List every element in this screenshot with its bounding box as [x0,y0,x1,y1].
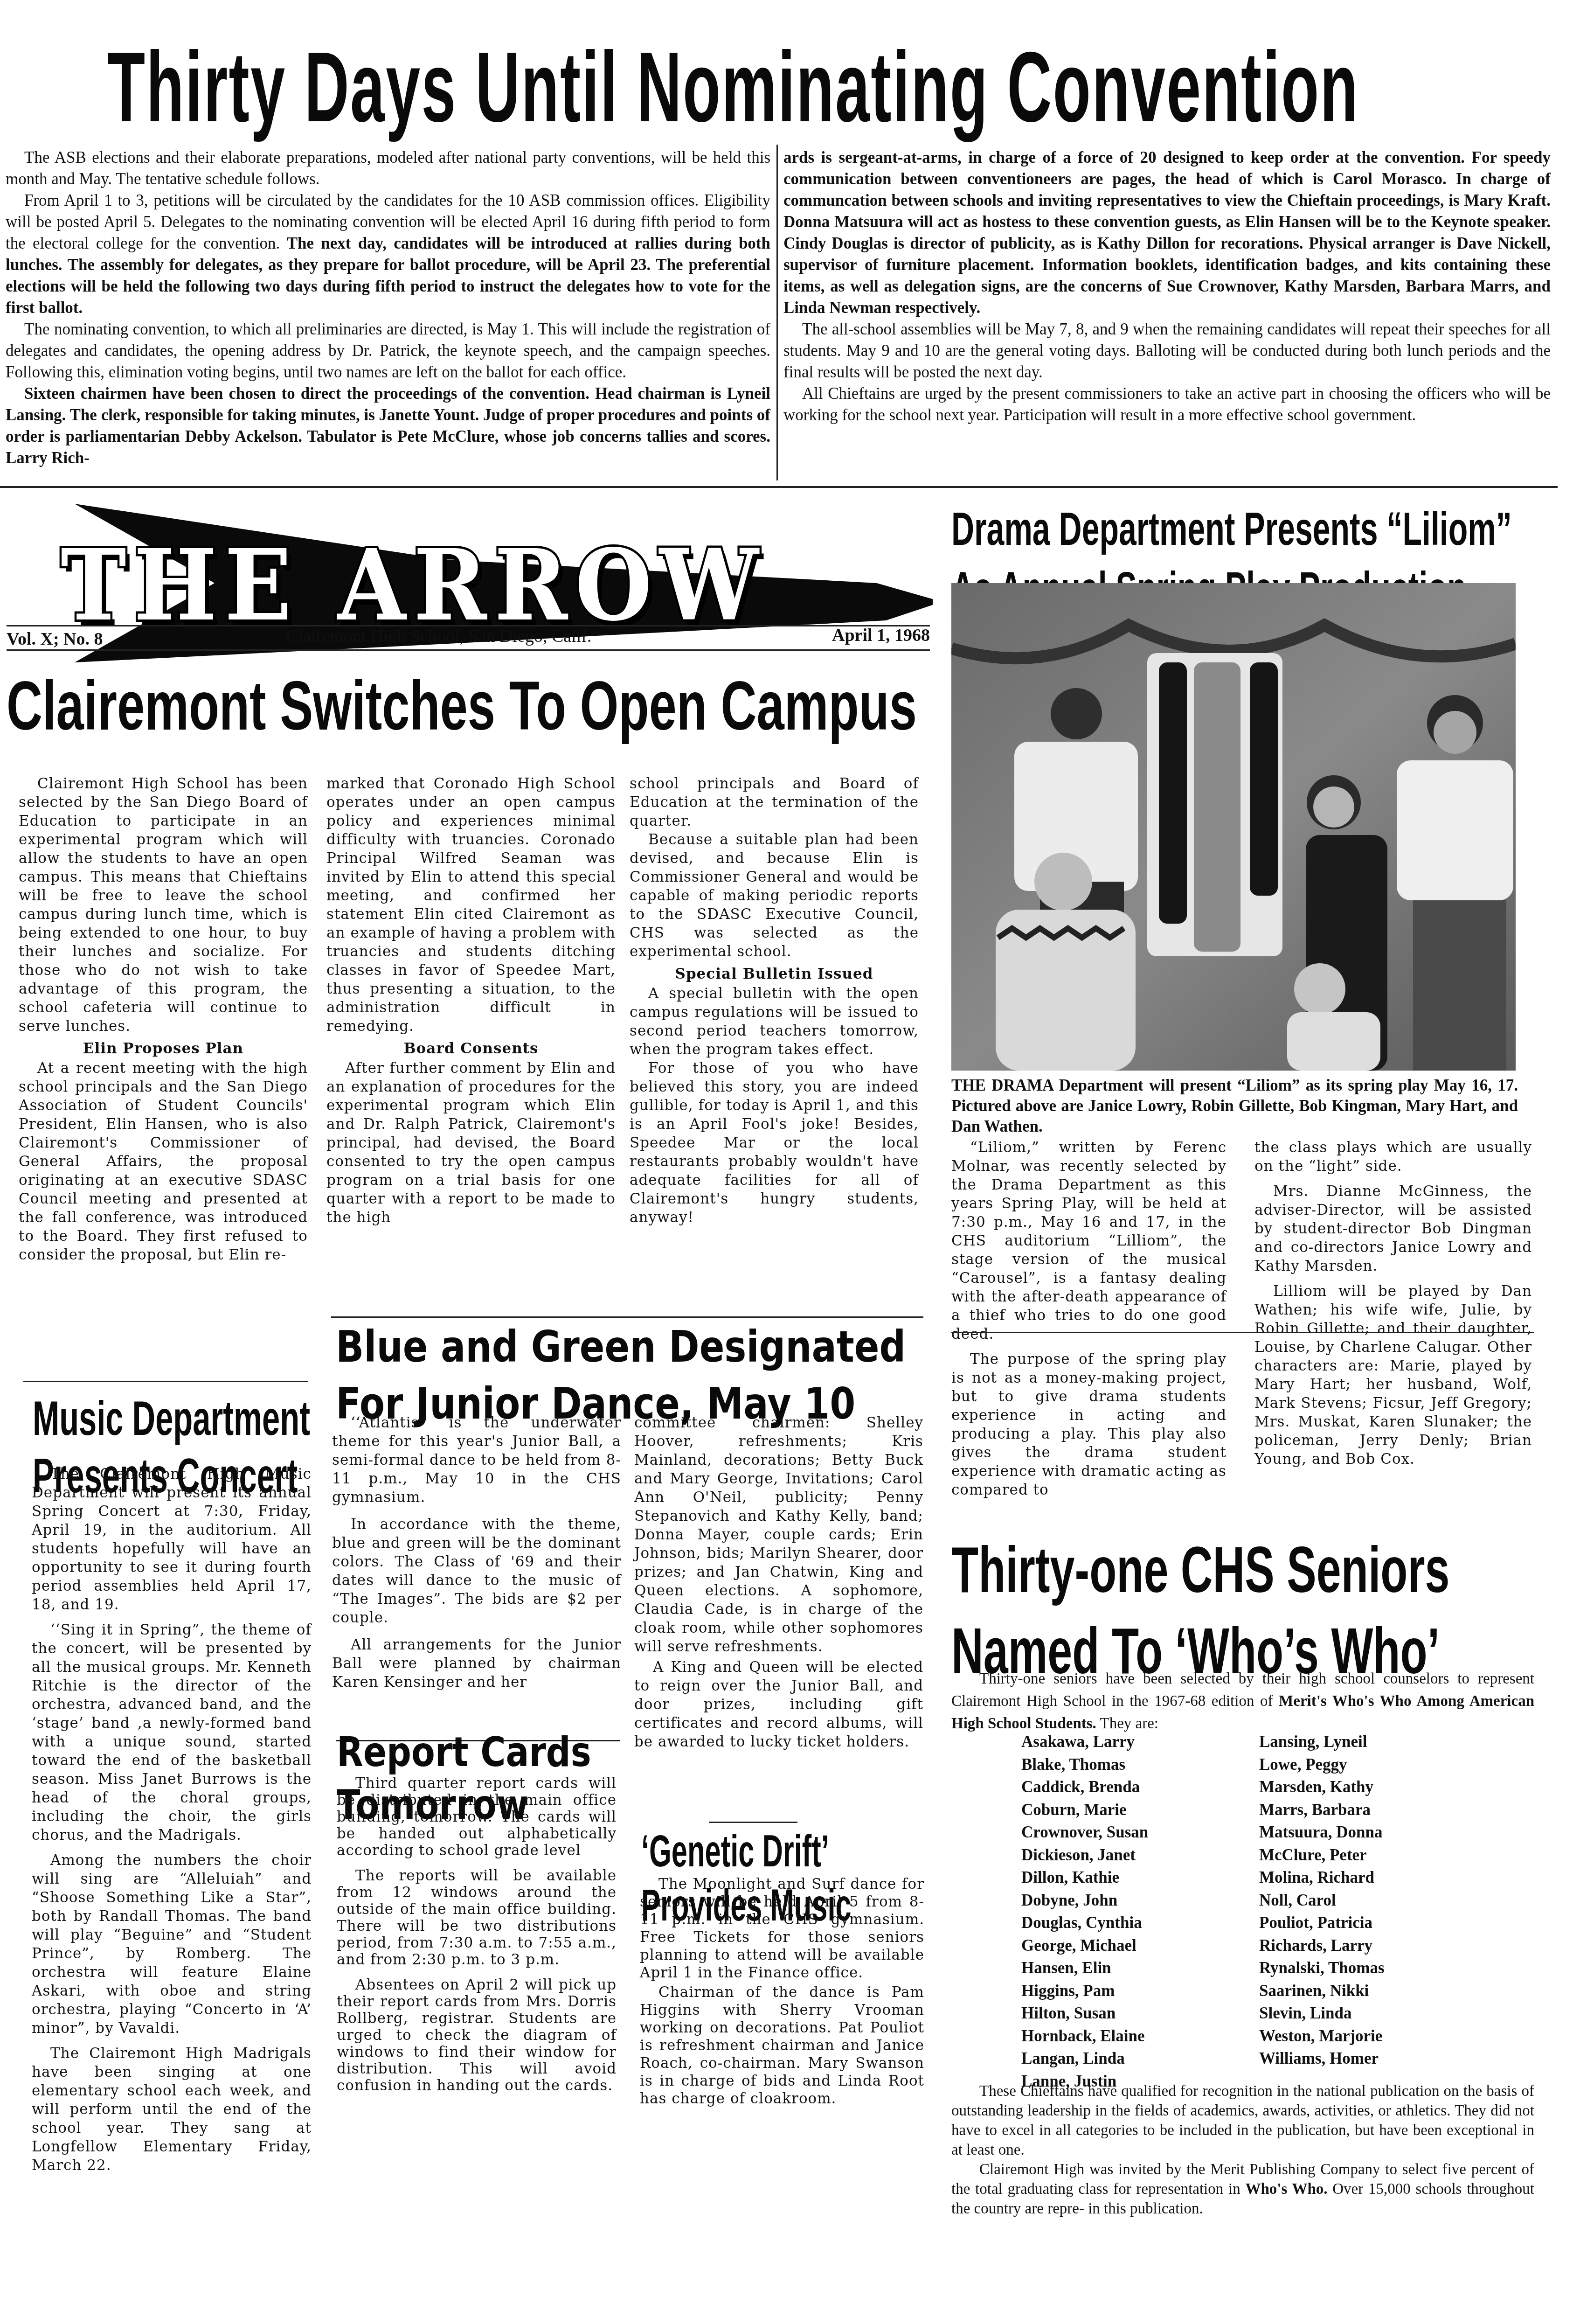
whos-who-intro: Thirty-one seniors have been selected by… [951,1668,1534,1735]
divider [23,1381,308,1382]
issue-date: April 1, 1968 [832,625,930,646]
paragraph: From April 1 to 3, petitions will be cir… [6,190,770,319]
column-divider [776,145,778,480]
paragraph-text: The nominating convention, to which all … [6,320,770,381]
senior-name: Lowe, Peggy [1259,1753,1492,1776]
paragraph: The reports will be available from 12 wi… [337,1867,617,1968]
senior-name: Blake, Thomas [1021,1753,1254,1776]
music-article: The Clairemont High Music Department wil… [32,1465,312,2175]
subheading: Board Consents [326,1039,616,1058]
drama-cast-photo-icon [951,583,1516,1071]
senior-name: Hornback, Elaine [1021,2025,1254,2048]
school-location: Clairemont High School, San Diego, Calif… [286,626,591,647]
whos-who-para2: These Chieftains have qualified for reco… [951,2081,1534,2160]
paragraph: The all-school assemblies will be May 7,… [783,319,1551,383]
report-cards-article: Third quarter report cards will be distr… [337,1775,617,2094]
senior-name: Noll, Carol [1259,1889,1492,1912]
subheading: Elin Proposes Plan [19,1039,308,1058]
divider [331,1316,923,1318]
senior-name: Hilton, Susan [1021,2002,1254,2025]
drama-headline-line1: Drama Department Presents “Liliom” [951,506,1512,552]
open-campus-col3: school principals and Board of Education… [630,774,919,1227]
paragraph: ards is sergeant-at-arms, in charge of a… [783,147,1551,319]
paragraph: The Moonlight and Surf dance for seniors… [640,1875,924,1982]
paragraph: The nominating convention, to which all … [6,319,770,383]
paragraph: school principals and Board of Education… [630,774,919,830]
paragraph: marked that Coronado High School operate… [326,774,616,1036]
top-story-col1: The ASB elections and their elaborate pr… [6,147,770,469]
paragraph: All arrangements for the Junior Ball wer… [332,1635,621,1691]
paragraph: A King and Queen will be elected to reig… [634,1658,923,1751]
divider [951,1332,1534,1333]
senior-name: Slevin, Linda [1259,2002,1492,2025]
whos-who-headline-line1: Thirty-one CHS Seniors [951,1539,1449,1600]
paragraph: ‘‘Sing it in Spring”, the theme of the c… [32,1621,312,1844]
open-campus-col2: marked that Coronado High School operate… [326,774,616,1227]
senior-name: Weston, Marjorie [1259,2025,1492,2048]
drama-col1: “Liliom,” written by Ferenc Molnar, was … [951,1138,1227,1499]
paragraph: committee chairmen: Shelley Hoover, refr… [634,1413,923,1656]
paragraph: the class plays which are usually on the… [1254,1138,1532,1176]
paragraph: After further comment by Elin and an exp… [326,1059,616,1227]
genetic-drift-headline-line1: ‘Genetic Drift’ [641,1831,829,1872]
open-campus-col1: Clairemont High School has been selected… [19,774,308,1264]
senior-name: Hansen, Elin [1021,1957,1254,1980]
paragraph: All Chieftains are urged by the present … [783,383,1551,426]
senior-name: Rynalski, Thomas [1259,1957,1492,1980]
senior-name: McClure, Peter [1259,1844,1492,1867]
section-divider [0,486,1558,488]
paragraph: Among the numbers the choir will sing ar… [32,1851,312,2038]
senior-name: Dillon, Kathie [1021,1866,1254,1889]
senior-name: George, Michael [1021,1934,1254,1957]
senior-name: Crownover, Susan [1021,1821,1254,1844]
divider [709,1822,797,1823]
paragraph: The ASB elections and their elaborate pr… [6,147,770,190]
paragraph: For those of you who have believed this … [630,1059,919,1227]
paragraph: Clairemont High School has been selected… [19,774,308,1036]
subheading: Special Bulletin Issued [630,965,919,983]
open-campus-headline-text: Clairemont Switches To Open Campus [7,672,917,741]
top-headline-text: Thirty Days Until Nominating Convention [107,37,1359,137]
report-cards-headline-line1: Report Cards [337,1732,591,1773]
drama-col2: the class plays which are usually on the… [1254,1138,1532,1468]
junior-dance-headline-line1: Blue and Green Designated [336,1325,906,1370]
senior-name: Lansing, Lyneil [1259,1731,1492,1753]
paragraph: Sixteen chairmen have been chosen to dir… [6,383,770,469]
music-headline-line1: Music Department [33,1397,310,1440]
paragraph: A special bulletin with the open campus … [630,984,919,1059]
junior-dance-col2: committee chairmen: Shelley Hoover, refr… [634,1413,923,1751]
volume-number: Vol. X; No. 8 [7,629,103,649]
junior-dance-col1: ‘‘Atlantis” is the underwater theme for … [332,1413,621,1691]
whos-who-names-left: Asakawa, LarryBlake, ThomasCaddick, Bren… [1021,1731,1254,2093]
senior-name: Asakawa, Larry [1021,1731,1254,1753]
senior-name: Saarinen, Nikki [1259,1980,1492,2003]
senior-name: Dickieson, Janet [1021,1844,1254,1867]
paragraph: At a recent meeting with the high school… [19,1059,308,1264]
paragraph: Lilliom will be played by Dan Wathen; hi… [1254,1282,1532,1468]
whos-who-bold: Who's Who. [1245,2181,1327,2198]
paragraph: The Clairemont High Madrigals have been … [32,2044,312,2175]
paragraph: Mrs. Dianne McGinness, the adviser-Direc… [1254,1182,1532,1275]
paragraph: Because a suitable plan had been devised… [630,830,919,961]
genetic-drift-article: The Moonlight and Surf dance for seniors… [640,1875,924,2108]
masthead-rule-bottom [7,649,930,651]
paragraph-text: Sixteen chairmen have been chosen to dir… [6,384,770,467]
masthead-info-bar: Vol. X; No. 8 Clairemont High School, Sa… [7,629,930,649]
paragraph: Third quarter report cards will be distr… [337,1775,617,1859]
paragraph: In accordance with the theme, blue and g… [332,1515,621,1627]
intro-tail: They are: [1096,1715,1158,1732]
paragraph: The Clairemont High Music Department wil… [32,1465,312,1614]
paragraph: Chairman of the dance is Pam Higgins wit… [640,1983,924,2108]
senior-name: Williams, Homer [1259,2047,1492,2070]
senior-name: Higgins, Pam [1021,1980,1254,2003]
senior-name: Pouliot, Patricia [1259,1912,1492,1934]
senior-name: Richards, Larry [1259,1934,1492,1957]
whos-who-names-right: Lansing, LyneilLowe, PeggyMarsden, Kathy… [1259,1731,1492,2070]
senior-name: Langan, Linda [1021,2047,1254,2070]
paragraph: “Liliom,” written by Ferenc Molnar, was … [951,1138,1227,1343]
senior-name: Caddick, Brenda [1021,1776,1254,1799]
paragraph: ‘‘Atlantis” is the underwater theme for … [332,1413,621,1507]
drama-photo-caption: THE DRAMA Department will present “Lilio… [951,1075,1518,1137]
senior-name: Matsuura, Donna [1259,1821,1492,1844]
whos-who-body: These Chieftains have qualified for reco… [951,2081,1534,2219]
senior-name: Douglas, Cynthia [1021,1912,1254,1934]
senior-name: Dobyne, John [1021,1889,1254,1912]
senior-name: Marsden, Kathy [1259,1776,1492,1799]
masthead-title-text: THE ARROW [61,536,766,634]
drama-photo [951,583,1516,1071]
paragraph: Absentees on April 2 will pick up their … [337,1976,617,2094]
top-headline: Thirty Days Until Nominating Convention [107,37,1469,131]
senior-name: Molina, Richard [1259,1866,1492,1889]
senior-name: Marrs, Barbara [1259,1799,1492,1822]
senior-name: Coburn, Marie [1021,1799,1254,1822]
top-story-col2: ards is sergeant-at-arms, in charge of a… [783,147,1551,426]
paragraph-text: The ASB elections and their elaborate pr… [6,148,770,188]
